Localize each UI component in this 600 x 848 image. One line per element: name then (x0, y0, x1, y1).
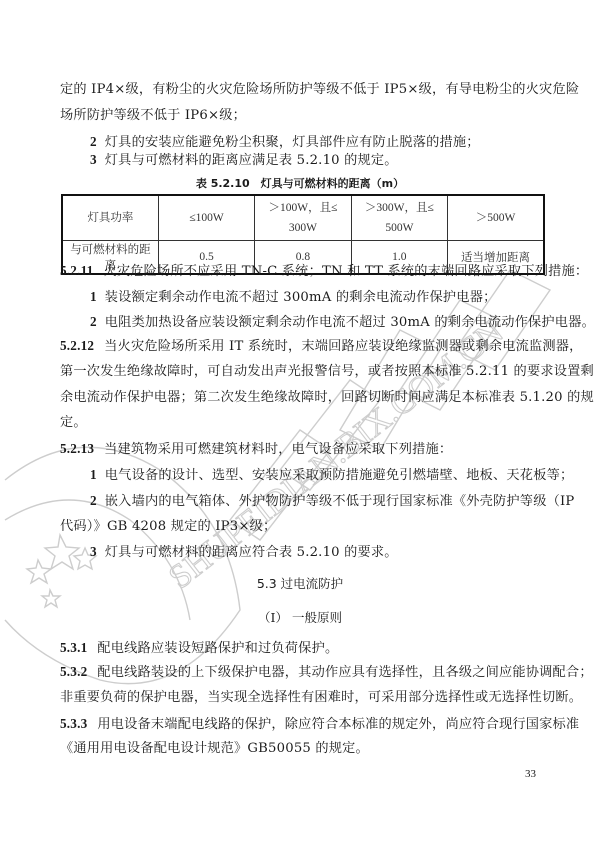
table-header-cell: 灯具功率 (62, 195, 158, 241)
list-item: 2电阻类加热设备应装设额定剩余动作电流不超过 30mA 的剩余电流动作保护电器。 (90, 314, 595, 331)
paragraph-line: 非重要负荷的保护电器，当实现全选择性有困难时，可采用部分选择性或无选择性切断。 (60, 690, 582, 706)
list-item: 2灯具的安装应能避免粉尘积聚，灯具部件应有防止脱落的措施； (90, 134, 480, 151)
subsection-title: （I） 一般原则 (0, 608, 600, 626)
document-page: 定的 IP4×级，有粉尘的火灾危险场所防护等级不低于 IP5×级，有导电粉尘的火… (0, 0, 600, 848)
list-item: 1电气设备的设计、选型、安装应采取预防措施避免引燃墙壁、地板、天花板等； (90, 467, 573, 484)
table-header-cell: ＞300W，且≤500W (351, 195, 447, 241)
clause-5-2-12: 5.2.12当火灾危险场所采用 IT 系统时，末端回路应装设绝缘监测器或剩余电流… (60, 338, 583, 355)
clause-5-3-2: 5.3.2配电线路装设的上下级保护电器，其动作应具有选择性，且各级之间应能协调配… (60, 664, 593, 681)
table-caption: 表 5.2.10 灯具与可燃材料的距离（m） (0, 175, 600, 191)
clause-5-3-1: 5.3.1配电线路应装设短路保护和过负荷保护。 (60, 640, 338, 657)
table-header-row: 灯具功率 ≤100W ＞100W，且≤300W ＞300W，且≤500W ＞50… (62, 195, 544, 241)
paragraph-line: 余电流动作保护电器；第二次发生绝缘故障时，回路切断时间应满足本标准表 5.1.2… (60, 390, 594, 406)
clause-5-3-3: 5.3.3用电设备末端配电线路的保护，除应符合本标准的规定外，尚应符合现行国家标… (60, 716, 579, 733)
table-header-cell: ＞500W (448, 195, 544, 241)
clause-5-2-11: 5.2.11火灾危险场所不应采用 TN-C 系统；TN 和 TT 系统的末端回路… (60, 263, 588, 280)
list-item: 2嵌入墙内的电气箱体、外护物防护等级不低于现行国家标准《外壳防护等级（IP (90, 493, 574, 510)
list-item: 3灯具与可燃材料的距离应符合表 5.2.10 的要求。 (90, 544, 398, 561)
paragraph-line: 《通用用电设备配电设计规范》GB50055 的规定。 (60, 741, 369, 757)
table-header-cell: ≤100W (158, 195, 254, 241)
paragraph-line: 场所防护等级不低于 IP6×级； (60, 108, 246, 124)
page-number: 33 (525, 768, 536, 780)
list-item: 1装设额定剩余动作电流不超过 300mA 的剩余电流动作保护电器； (90, 289, 496, 306)
paragraph-line: 代码）》GB 4208 规定的 IP3×级； (60, 519, 276, 535)
clause-5-2-13: 5.2.13当建筑物采用可燃建筑材料时，电气设备应采取下列措施： (60, 441, 452, 458)
section-title: 5.3 过电流防护 (0, 574, 600, 592)
list-item: 3灯具与可燃材料的距离应满足表 5.2.10 的规定。 (90, 152, 398, 169)
table-header-cell: ＞100W，且≤300W (255, 195, 351, 241)
paragraph-line: 定的 IP4×级，有粉尘的火灾危险场所防护等级不低于 IP5×级，有导电粉尘的火… (60, 82, 579, 98)
paragraph-line: 定。 (60, 415, 87, 431)
paragraph-line: 第一次发生绝缘故障时，可自动发出声光报警信号，或者按照本标准 5.2.11 的要… (60, 364, 594, 380)
